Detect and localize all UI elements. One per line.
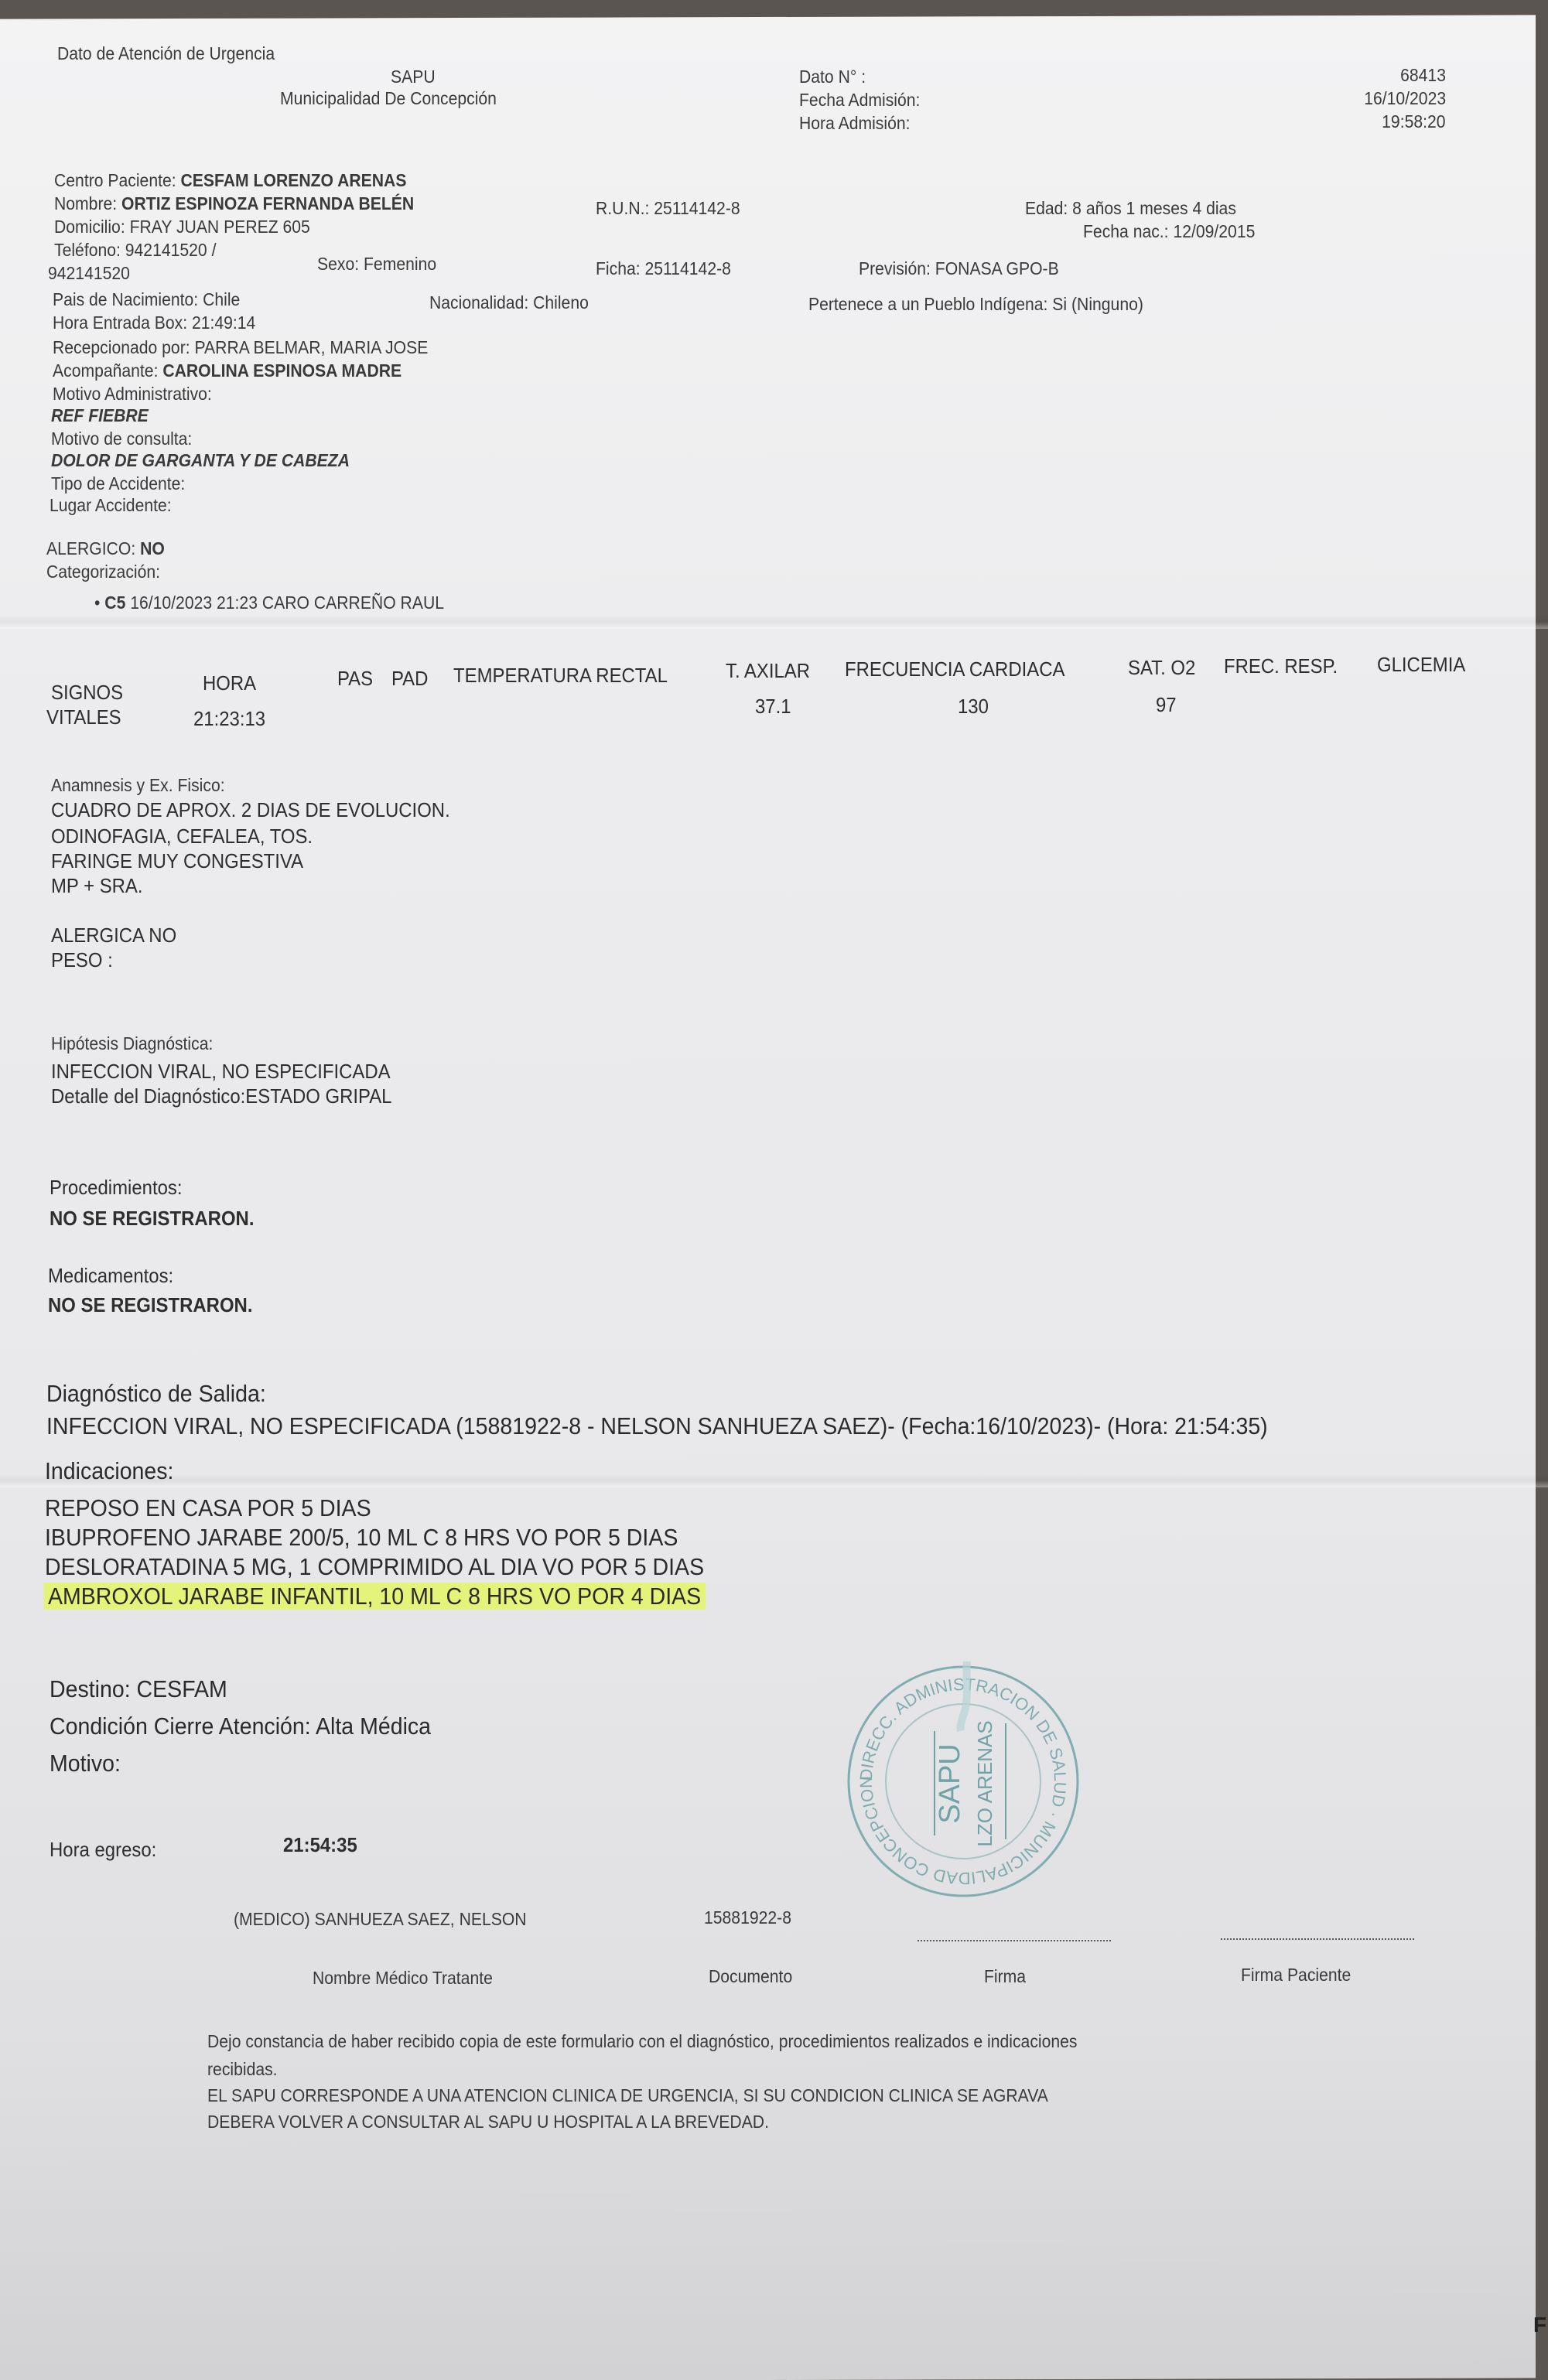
diagnostico-salida-value: INFECCION VIRAL, NO ESPECIFICADA (158819… [46,1412,1268,1440]
bullet-icon: • [94,592,100,613]
anamnesis-label: Anamnesis y Ex. Fisico: [51,775,225,796]
vitals-col-t-axilar: T. AXILAR [726,659,810,683]
alergica-line: ALERGICA NO [51,924,176,948]
vitals-col-frec-resp: FREC. RESP. [1224,654,1338,678]
indicacion-item: IBUPROFENO JARABE 200/5, 10 ML C 8 HRS V… [45,1524,678,1552]
anamnesis-line: MP + SRA. [51,874,143,898]
vitals-row-label-1: SIGNOS [51,681,123,705]
svg-text:SAPU: SAPU [934,1743,966,1823]
stamp-icon: DIRECC. ADMINISTRACION DE SALUD · MUNICI… [843,1661,1083,1901]
vitals-col-pas: PAS [337,667,373,691]
telefono-2: 942141520 [48,263,130,284]
motivo-consulta-value: DOLOR DE GARGANTA Y DE CABEZA [51,450,350,471]
vitals-hora-value: 21:23:13 [193,707,265,731]
run: R.U.N.: 25114142-8 [596,198,740,219]
vitals-row-label-2: VITALES [46,705,121,729]
vitals-col-sat-o2: SAT. O2 [1128,656,1195,680]
form-title: Dato de Atención de Urgencia [57,43,275,64]
domicilio: Domicilio: FRAY JUAN PEREZ 605 [54,217,310,237]
anamnesis-line: CUADRO DE APROX. 2 DIAS DE EVOLUCION. [51,798,450,822]
vitals-col-frecuencia-cardiaca: FRECUENCIA CARDIACA [845,657,1064,681]
hipotesis-label: Hipótesis Diagnóstica: [51,1033,213,1054]
highlighter-mark: AMBROXOL JARABE INFANTIL, 10 ML C 8 HRS … [43,1583,705,1610]
dato-label: Dato N° : [799,67,866,87]
motivo-administrativo-label: Motivo Administrativo: [53,384,212,405]
indicaciones-label: Indicaciones: [45,1457,173,1485]
vitals-col-temp-rectal: TEMPERATURA RECTAL [453,664,668,688]
vitals-t-axilar-value: 37.1 [755,695,791,719]
nombre-value: ORTIZ ESPINOZA FERNANDA BELÉN [121,193,414,213]
aviso-line: DEBERA VOLVER A CONSULTAR AL SAPU U HOSP… [207,2112,769,2132]
org-name: SAPU [391,67,436,87]
dato-value: 68413 [1400,65,1446,86]
vitals-frecuencia-cardiaca-value: 130 [958,695,989,719]
indicacion-item: DESLORATADINA 5 MG, 1 COMPRIMIDO AL DIA … [45,1553,704,1581]
motivo-consulta-label: Motivo de consulta: [51,429,192,449]
fecha-nacimiento: Fecha nac.: 12/09/2015 [1083,221,1255,242]
categorizacion-entry: • C5 16/10/2023 21:23 CARO CARREÑO RAUL [94,592,444,613]
recepcionado-por: Recepcionado por: PARRA BELMAR, MARIA JO… [53,337,428,358]
fecha-admision-label: Fecha Admisión: [799,90,920,111]
categorizacion-label: Categorización: [46,562,160,582]
prevision: Previsión: FONASA GPO-B [859,258,1059,279]
indicacion-item-highlighted: AMBROXOL JARABE INFANTIL, 10 ML C 8 HRS … [48,1583,706,1610]
acompanante: Acompañante: CAROLINA ESPINOSA MADRE [53,360,402,381]
firma-paciente-line [1221,1938,1414,1940]
edad: Edad: 8 años 1 meses 4 dias [1025,198,1236,219]
diagnostico-salida-label: Diagnóstico de Salida: [46,1380,266,1408]
hora-entrada-box: Hora Entrada Box: 21:49:14 [53,312,255,333]
medicamentos-label: Medicamentos: [48,1264,173,1288]
hora-admision-value: 19:58:20 [1382,111,1446,132]
peso-line: PESO : [51,948,113,972]
procedimientos-label: Procedimientos: [50,1176,183,1200]
anamnesis-line: FARINGE MUY CONGESTIVA [51,849,303,873]
vitals-col-hora: HORA [203,671,256,695]
indicacion-item: REPOSO EN CASA POR 5 DIAS [45,1494,371,1522]
anamnesis-line: ODINOFAGIA, CEFALEA, TOS. [51,825,313,849]
sapu-stamp: DIRECC. ADMINISTRACION DE SALUD · MUNICI… [843,1661,1083,1901]
constancia-line: recibidas. [207,2059,278,2080]
sexo: Sexo: Femenino [317,254,436,275]
cut-off-text-fragment: F [1533,2313,1546,2337]
ficha: Ficha: 25114142-8 [596,258,731,279]
nombre-medico-label: Nombre Médico Tratante [313,1968,493,1989]
procedimientos-value: NO SE REGISTRARON. [50,1207,254,1231]
constancia-line: Dejo constancia de haber recibido copia … [207,2031,1077,2052]
svg-text:LZO ARENAS: LZO ARENAS [973,1720,996,1846]
hipotesis-value: INFECCION VIRAL, NO ESPECIFICADA [51,1060,391,1084]
telefono: Teléfono: 942141520 / [54,240,216,261]
hora-egreso-label: Hora egreso: [50,1838,156,1862]
destino: Destino: CESFAM [50,1675,227,1703]
nombre: Nombre: ORTIZ ESPINOZA FERNANDA BELÉN [54,193,414,214]
aviso-line: EL SAPU CORRESPONDE A UNA ATENCION CLINI… [207,2085,1048,2106]
fecha-admision-value: 16/10/2023 [1364,88,1446,109]
medicamentos-value: NO SE REGISTRARON. [48,1293,252,1317]
motivo-administrativo-value: REF FIEBRE [51,405,149,426]
paper-fold [0,615,1548,629]
medico-nombre: (MEDICO) SANHUEZA SAEZ, NELSON [234,1909,527,1930]
paper-fold [0,1473,1548,1487]
lugar-accidente-label: Lugar Accidente: [50,495,172,516]
nacionalidad: Nacionalidad: Chileno [429,292,589,313]
hora-egreso-value: 21:54:35 [283,1833,357,1857]
firma-paciente-label: Firma Paciente [1241,1965,1351,1986]
centro-paciente: Centro Paciente: CESFAM LORENZO ARENAS [54,170,406,191]
centro-paciente-value: CESFAM LORENZO ARENAS [181,170,407,190]
firma-label: Firma [984,1966,1026,1987]
pueblo-indigena: Pertenece a un Pueblo Indígena: Si (Ning… [808,294,1143,315]
condicion-cierre: Condición Cierre Atención: Alta Médica [50,1712,431,1740]
vitals-col-glicemia: GLICEMIA [1377,653,1465,677]
medico-documento: 15881922-8 [704,1907,791,1928]
hora-admision-label: Hora Admisión: [799,113,910,134]
hipotesis-detalle: Detalle del Diagnóstico:ESTADO GRIPAL [51,1084,391,1108]
motivo-cierre: Motivo: [50,1750,121,1777]
vitals-sat-o2-value: 97 [1156,693,1177,717]
firma-line [918,1940,1111,1941]
org-municipality: Municipalidad De Concepción [280,88,497,109]
vitals-col-pad: PAD [391,667,428,691]
documento-label: Documento [709,1966,792,1987]
alergico: ALERGICO: NO [46,538,165,559]
tipo-accidente-label: Tipo de Accidente: [51,473,185,494]
pais-nacimiento: Pais de Nacimiento: Chile [53,289,240,310]
